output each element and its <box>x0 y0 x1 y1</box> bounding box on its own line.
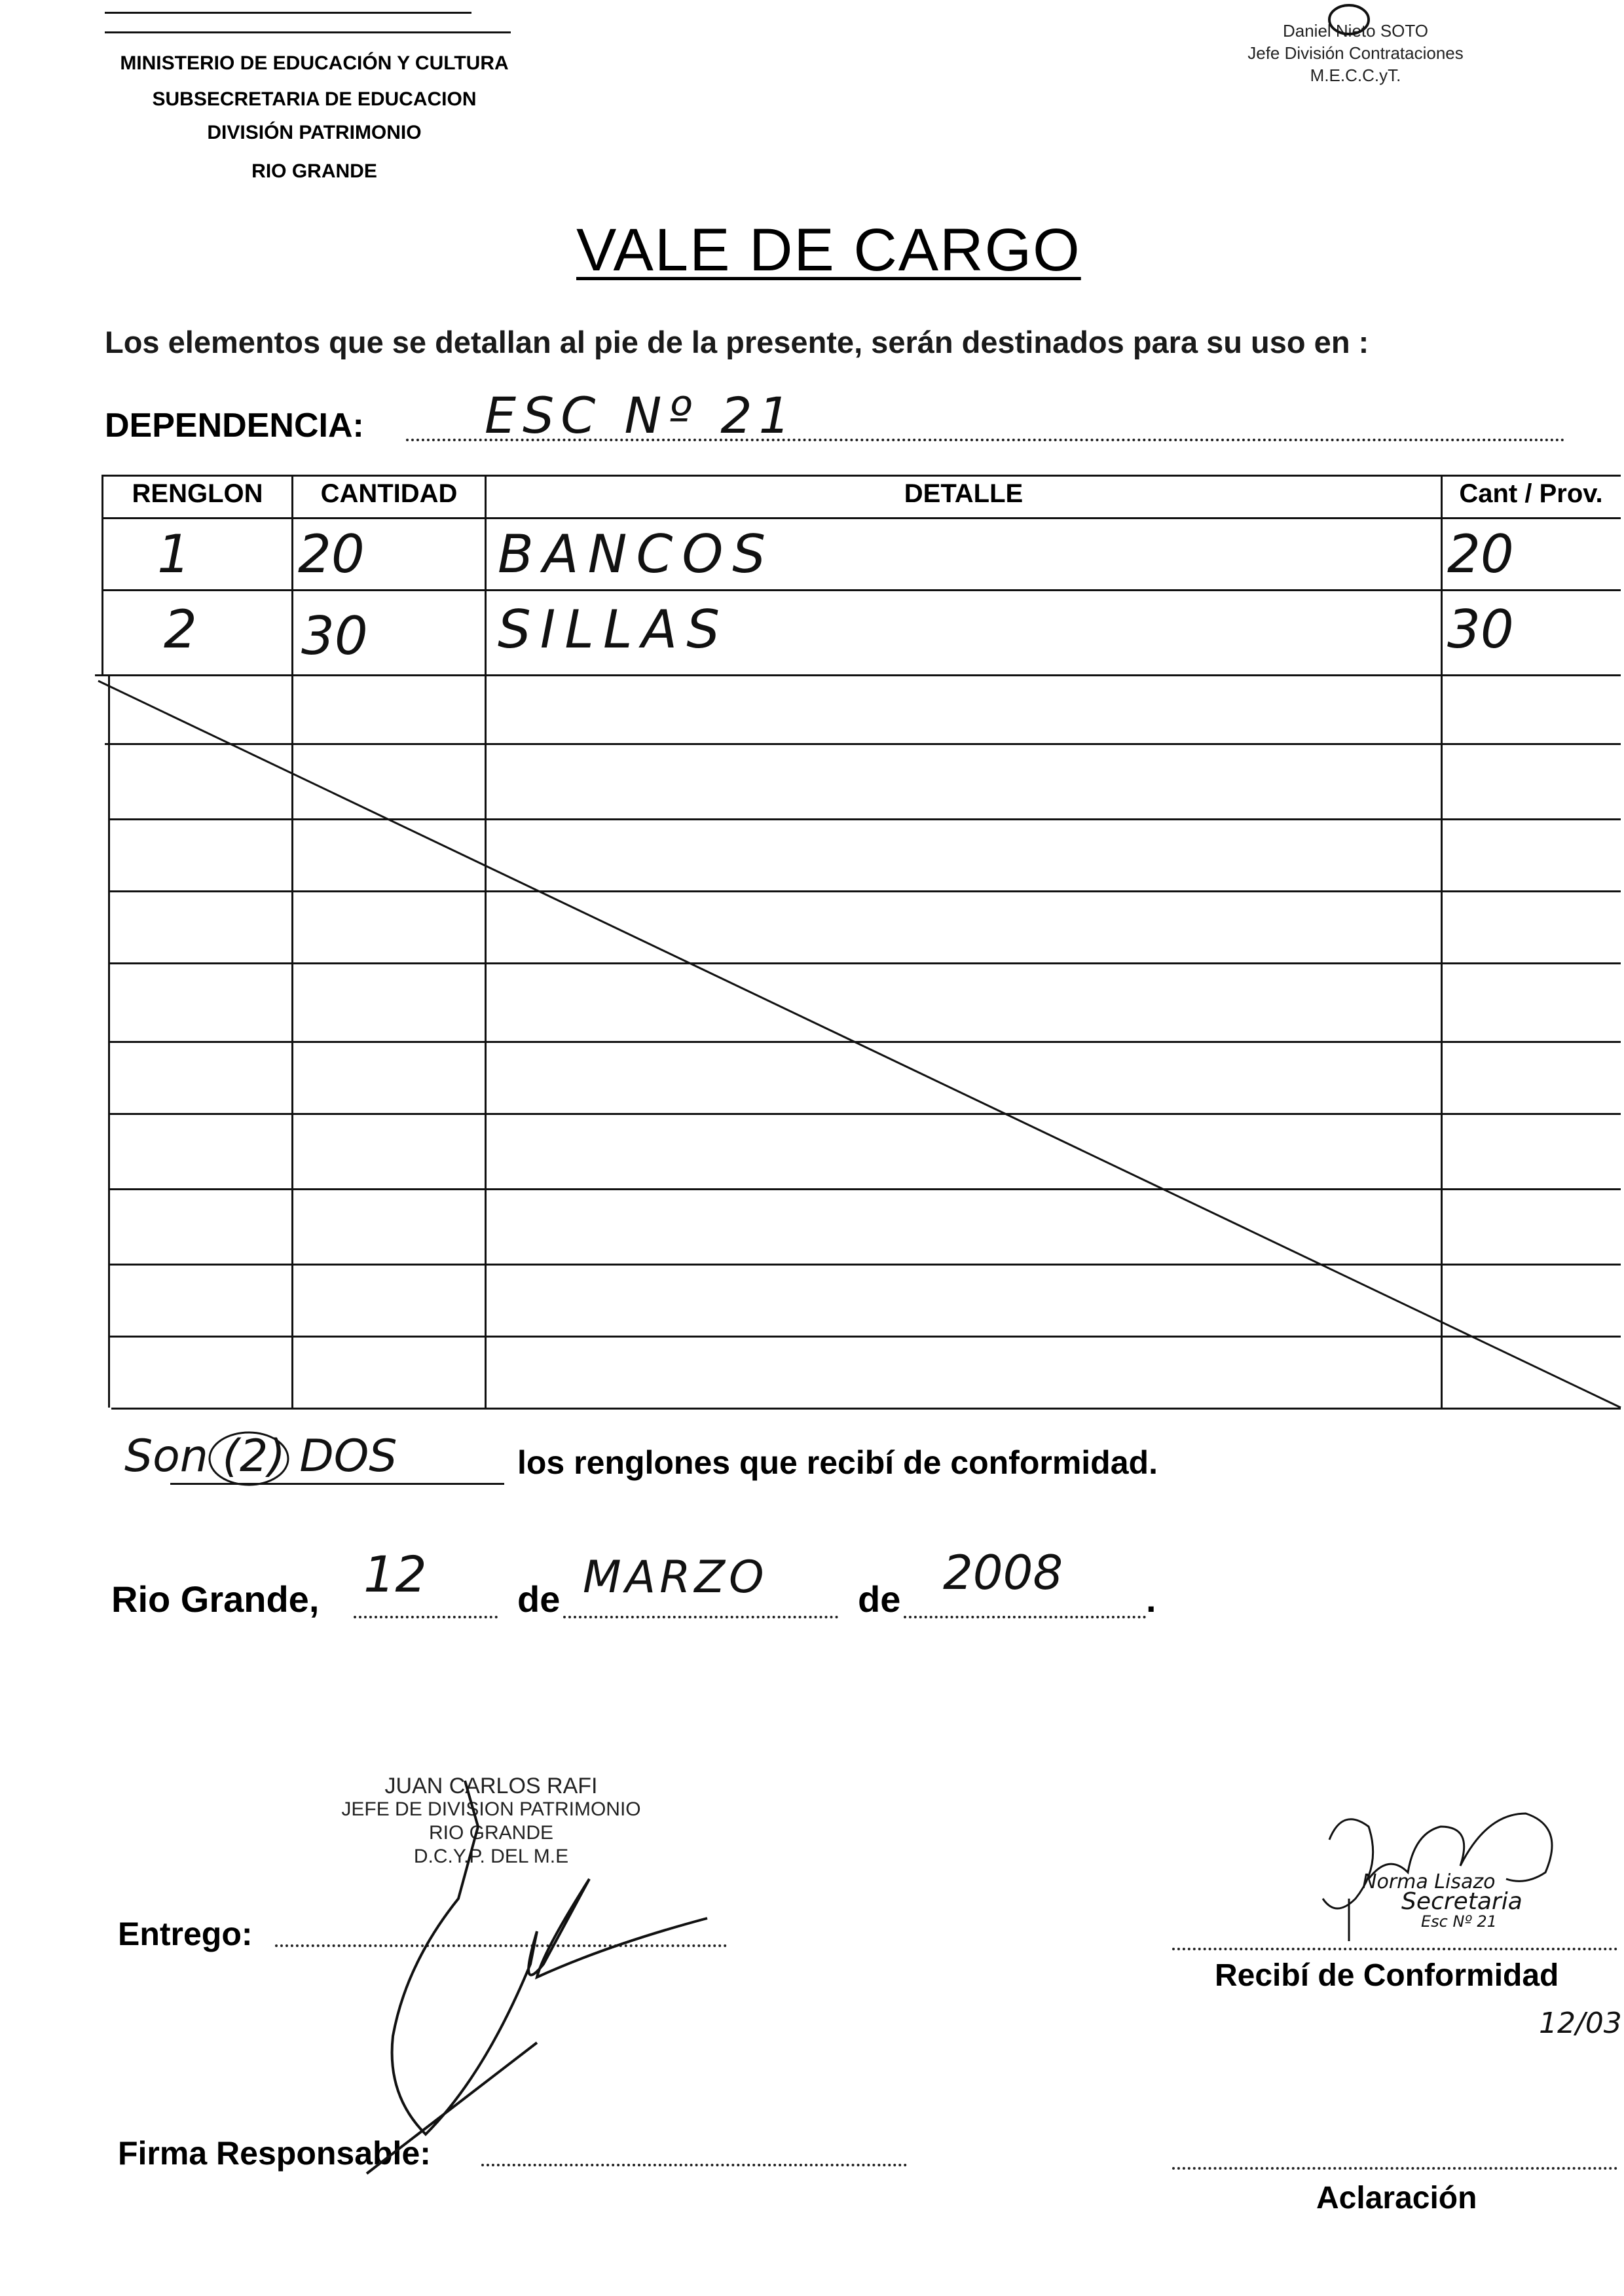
cross-out-line <box>98 681 1621 1408</box>
summary-circle-mark <box>210 1432 288 1485</box>
stamp-emblem-icon <box>1329 5 1369 34</box>
entrego-signature <box>367 1781 707 2174</box>
recibi-signature <box>1323 1813 1552 1908</box>
ink-overlay <box>0 0 1624 2296</box>
